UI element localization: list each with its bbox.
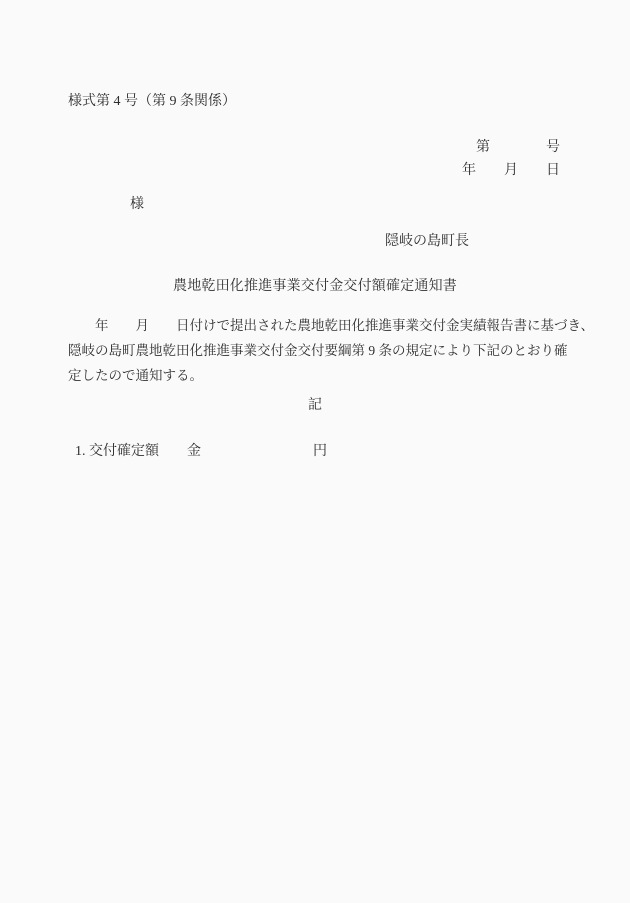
form-number: 様式第 4 号（第 9 条関係） [68,90,236,110]
body-line-3: 定したので通知する。 [68,363,573,388]
document-page: 様式第 4 号（第 9 条関係） 第 号 年 月 日 様 隠岐の島町長 農地乾田… [0,0,630,903]
item-grant-amount: 1. 交付確定額 金 円 [75,440,327,460]
body-line-2: 隠岐の島町農地乾田化推進事業交付金交付要綱第 9 条の規定により下記のとおり確 [68,338,573,363]
body-line-1: 年 月 日付けで提出された農地乾田化推進事業交付金実績報告書に基づき、 [68,313,573,338]
document-title: 農地乾田化推進事業交付金交付額確定通知書 [0,275,630,295]
sender-title: 隠岐の島町長 [385,230,469,250]
document-number: 第 号 [476,136,560,156]
notation-ki: 記 [0,394,630,414]
addressee-name: 様 [130,193,144,213]
body-paragraph: 年 月 日付けで提出された農地乾田化推進事業交付金実績報告書に基づき、 隠岐の島… [68,313,573,388]
date-line: 年 月 日 [462,159,560,179]
